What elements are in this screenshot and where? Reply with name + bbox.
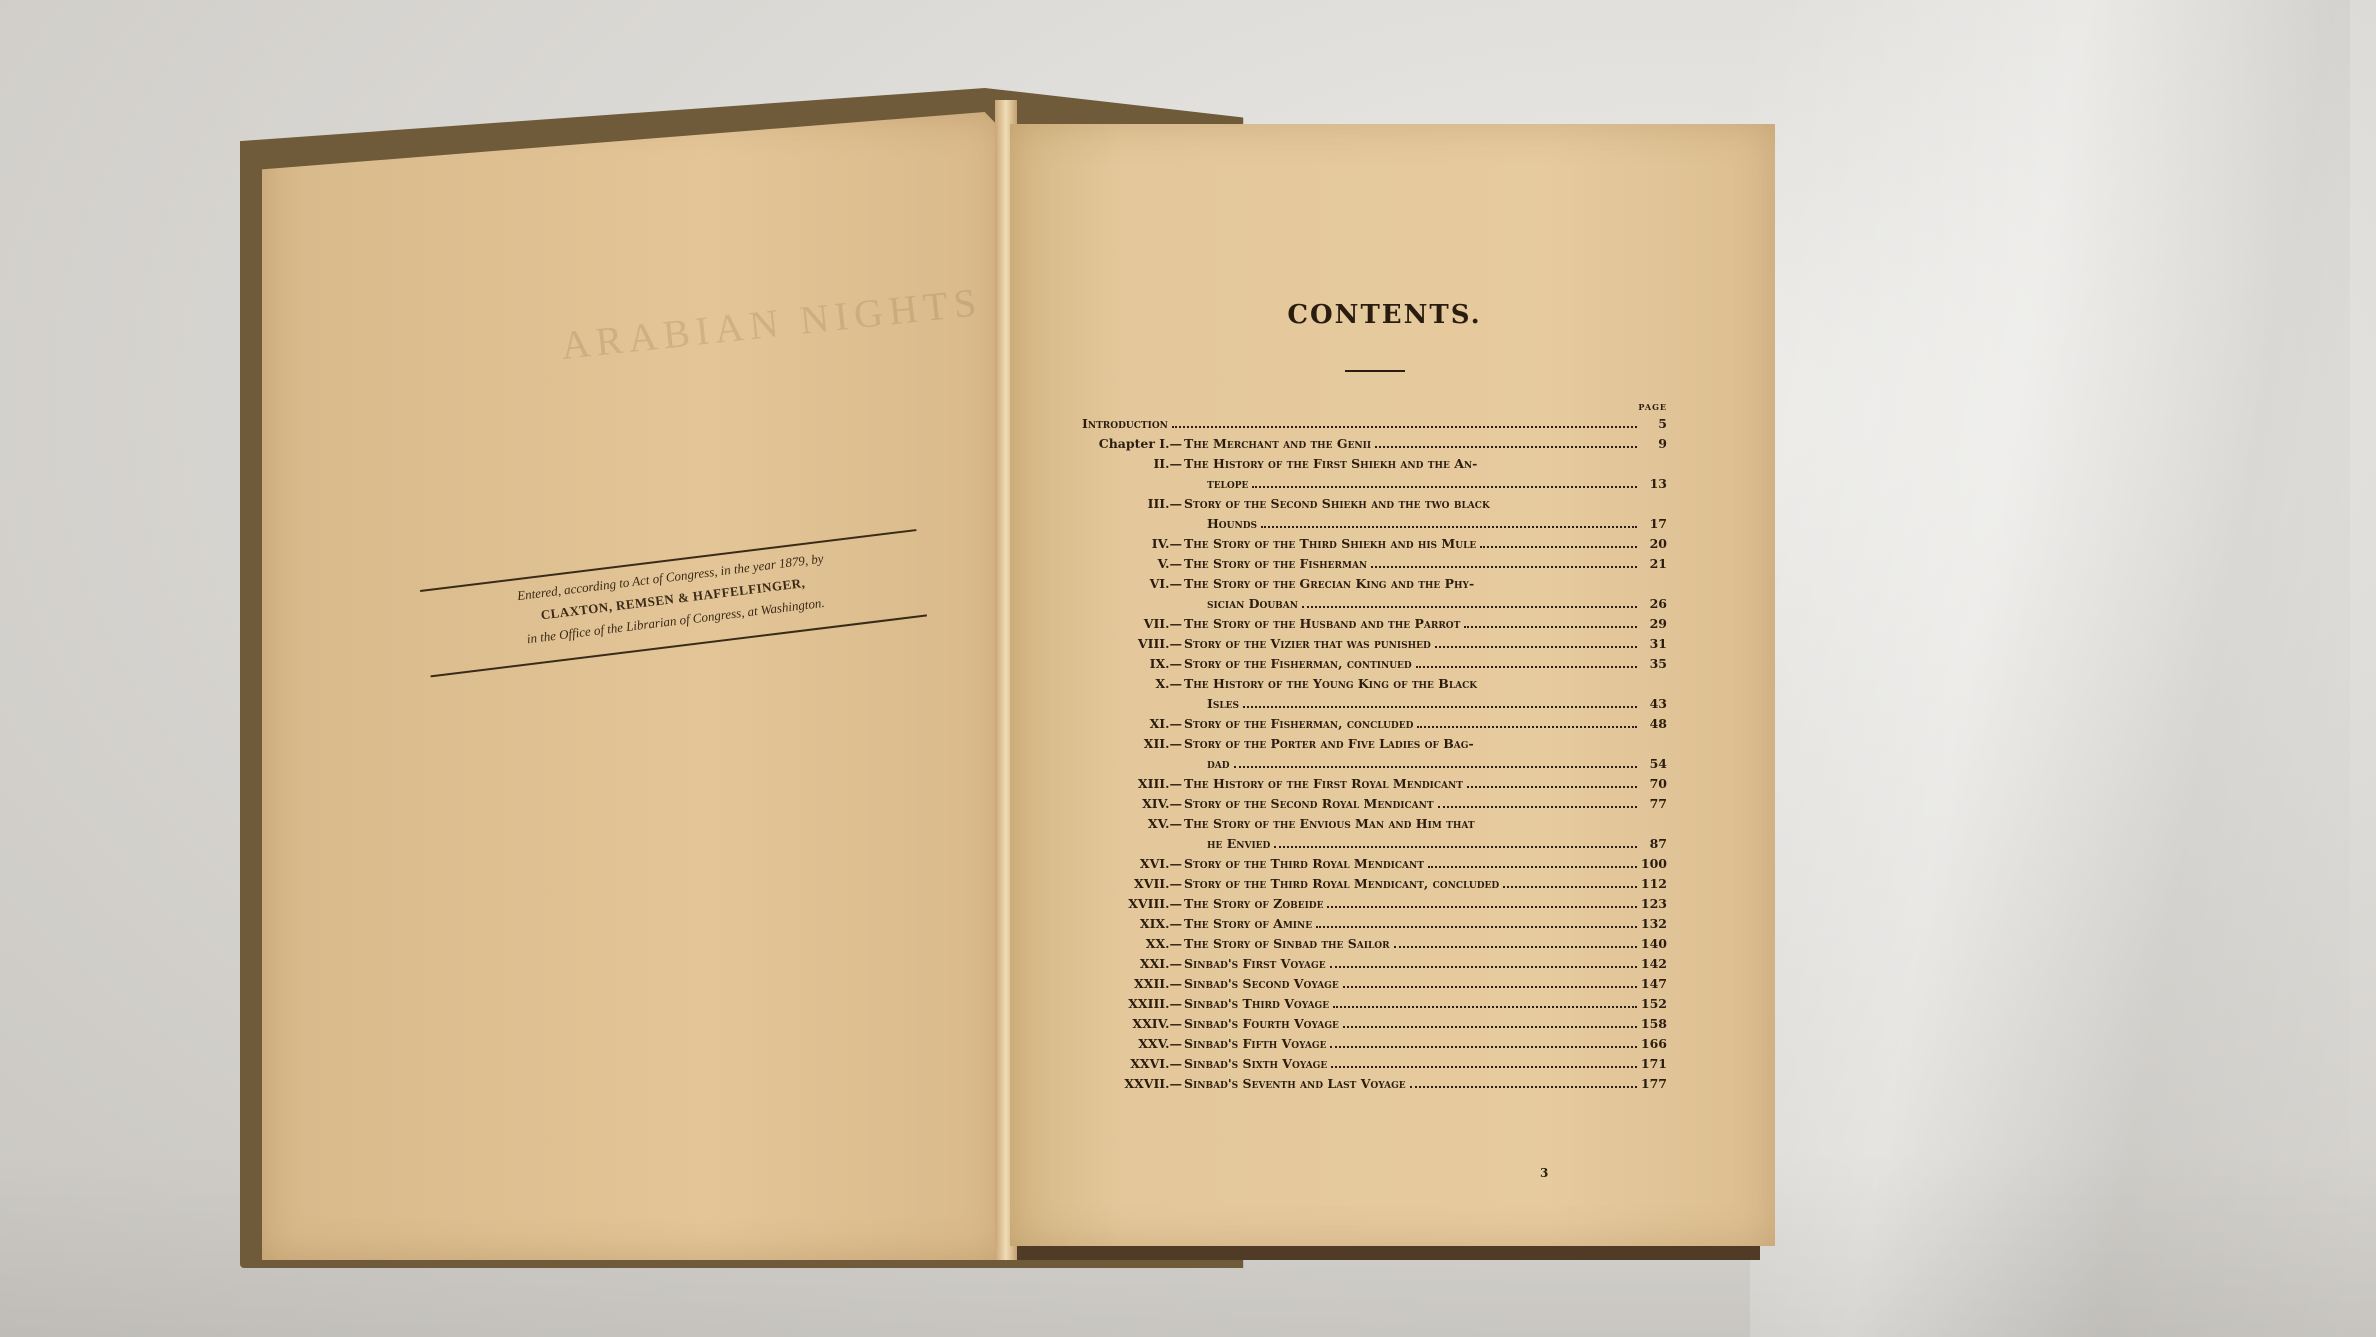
leader-dots — [1243, 706, 1637, 708]
chapter-title: Story of the Porter and Five Ladies of B… — [1184, 734, 1474, 754]
chapter-title: Story of the Second Royal Mendicant — [1184, 794, 1434, 814]
leader-dots — [1331, 1066, 1637, 1068]
page-number: 29 — [1641, 614, 1667, 634]
chapter-number: Chapter I.— — [1082, 434, 1184, 454]
entry-row: VIII.— Story of the Vizier that was puni… — [1082, 634, 1667, 654]
contents-entry: IX.— Story of the Fisherman, continued 3… — [1082, 654, 1667, 674]
contents-title: CONTENTS. — [1102, 300, 1667, 330]
leader-dots — [1330, 1046, 1636, 1048]
contents-entry: XV.— The Story of the Envious Man and Hi… — [1082, 814, 1667, 854]
entry-row: XXVI.— Sinbad's Sixth Voyage 171 — [1082, 1054, 1667, 1074]
contents-entry: XXVII.— Sinbad's Seventh and Last Voyage… — [1082, 1074, 1667, 1094]
entry-row: XVI.— Story of the Third Royal Mendicant… — [1082, 854, 1667, 874]
page-number: 87 — [1641, 834, 1667, 854]
chapter-title: Story of the Second Shiekh and the two b… — [1184, 494, 1490, 514]
entry-row: XVII.— Story of the Third Royal Mendican… — [1082, 874, 1667, 894]
entry-continuation: Isles43 — [1082, 694, 1667, 714]
chapter-title: The Story of the Grecian King and the Ph… — [1184, 574, 1474, 594]
chapter-title: Story of the Third Royal Mendicant, conc… — [1184, 874, 1499, 894]
contents-entry: VII.— The Story of the Husband and the P… — [1082, 614, 1667, 634]
contents-entry: Chapter I.— The Merchant and the Genii 9 — [1082, 434, 1667, 454]
leader-dots — [1464, 626, 1637, 628]
page-number: 48 — [1641, 714, 1667, 734]
page-column-header: PAGE — [1082, 402, 1667, 412]
chapter-title: The History of the First Royal Mendicant — [1184, 774, 1463, 794]
leader-dots — [1252, 486, 1637, 488]
entry-row: III.— Story of the Second Shiekh and the… — [1082, 494, 1667, 514]
contents-entry: XXI.— Sinbad's First Voyage 142 — [1082, 954, 1667, 974]
chapter-number: V.— — [1082, 554, 1184, 574]
leader-dots — [1410, 1086, 1637, 1088]
entry-row: II.— The History of the First Shiekh and… — [1082, 454, 1667, 474]
contents-entry: IV.— The Story of the Third Shiekh and h… — [1082, 534, 1667, 554]
page-number: 132 — [1641, 914, 1667, 934]
page-number: 17 — [1641, 514, 1667, 534]
chapter-number: XVII.— — [1082, 874, 1184, 894]
contents-entry: XVI.— Story of the Third Royal Mendicant… — [1082, 854, 1667, 874]
entry-row: XII.— Story of the Porter and Five Ladie… — [1082, 734, 1667, 754]
entry-row: VII.— The Story of the Husband and the P… — [1082, 614, 1667, 634]
entry-row: XV.— The Story of the Envious Man and Hi… — [1082, 814, 1667, 834]
chapter-number: XIX.— — [1082, 914, 1184, 934]
entry-continuation: telope13 — [1082, 474, 1667, 494]
page-number: 77 — [1641, 794, 1667, 814]
contents-entry: XXIII.— Sinbad's Third Voyage 152 — [1082, 994, 1667, 1014]
contents-entries: Introduction 5 Chapter I.— The Merchant … — [1082, 414, 1667, 1094]
page-number: 158 — [1641, 1014, 1667, 1034]
page-number: 43 — [1641, 694, 1667, 714]
page-number: 140 — [1641, 934, 1667, 954]
leader-dots — [1503, 886, 1637, 888]
entry-row: XX.— The Story of Sinbad the Sailor 140 — [1082, 934, 1667, 954]
contents-entry: II.— The History of the First Shiekh and… — [1082, 454, 1667, 494]
chapter-title: Introduction — [1082, 414, 1168, 434]
chapter-title: The Story of the Fisherman — [1184, 554, 1367, 574]
contents-entry: III.— Story of the Second Shiekh and the… — [1082, 494, 1667, 534]
page-number: 100 — [1641, 854, 1667, 874]
page-number: 21 — [1641, 554, 1667, 574]
chapter-title: Sinbad's Seventh and Last Voyage — [1184, 1074, 1406, 1094]
entry-row: XXIII.— Sinbad's Third Voyage 152 — [1082, 994, 1667, 1014]
entry-row: XXIV.— Sinbad's Fourth Voyage 158 — [1082, 1014, 1667, 1034]
entry-row: X.— The History of the Young King of the… — [1082, 674, 1667, 694]
chapter-title-continued: Isles — [1207, 694, 1239, 714]
leader-dots — [1234, 766, 1637, 768]
chapter-number: X.— — [1082, 674, 1184, 694]
chapter-number: XIV.— — [1082, 794, 1184, 814]
leader-dots — [1343, 986, 1637, 988]
chapter-number: XXII.— — [1082, 974, 1184, 994]
chapter-number: XXVI.— — [1082, 1054, 1184, 1074]
page-number: 26 — [1641, 594, 1667, 614]
leader-dots — [1327, 906, 1636, 908]
page-number: 70 — [1641, 774, 1667, 794]
leader-dots — [1435, 646, 1637, 648]
contents-entry: XIV.— Story of the Second Royal Mendican… — [1082, 794, 1667, 814]
page-number: 166 — [1641, 1034, 1667, 1054]
page-number: 112 — [1641, 874, 1667, 894]
contents-entry: VI.— The Story of the Grecian King and t… — [1082, 574, 1667, 614]
contents-entry: XXIV.— Sinbad's Fourth Voyage 158 — [1082, 1014, 1667, 1034]
contents-entry: XIII.— The History of the First Royal Me… — [1082, 774, 1667, 794]
entry-row: XIX.— The Story of Amine 132 — [1082, 914, 1667, 934]
page-folio: 3 — [1540, 1166, 1548, 1180]
chapter-title: Sinbad's First Voyage — [1184, 954, 1326, 974]
chapter-number: VIII.— — [1082, 634, 1184, 654]
chapter-title: The History of the First Shiekh and the … — [1184, 454, 1477, 474]
chapter-title: The Story of the Husband and the Parrot — [1184, 614, 1460, 634]
chapter-number: XXIII.— — [1082, 994, 1184, 1014]
chapter-number: XXV.— — [1082, 1034, 1184, 1054]
entry-row: XXII.— Sinbad's Second Voyage 147 — [1082, 974, 1667, 994]
cloth-fold — [1750, 0, 2350, 1337]
leader-dots — [1467, 786, 1637, 788]
chapter-title-continued: sician Douban — [1207, 594, 1298, 614]
leader-dots — [1394, 946, 1637, 948]
chapter-title: Sinbad's Third Voyage — [1184, 994, 1329, 1014]
contents-entry: X.— The History of the Young King of the… — [1082, 674, 1667, 714]
page-number: 147 — [1641, 974, 1667, 994]
contents-entry: V.— The Story of the Fisherman 21 — [1082, 554, 1667, 574]
contents-entry: XXV.— Sinbad's Fifth Voyage 166 — [1082, 1034, 1667, 1054]
entry-row: Chapter I.— The Merchant and the Genii 9 — [1082, 434, 1667, 454]
contents-entry: XXVI.— Sinbad's Sixth Voyage 171 — [1082, 1054, 1667, 1074]
leader-dots — [1302, 606, 1637, 608]
chapter-number: XIII.— — [1082, 774, 1184, 794]
chapter-title: The Story of Amine — [1184, 914, 1312, 934]
leader-dots — [1330, 966, 1637, 968]
page-number: 13 — [1641, 474, 1667, 494]
leader-dots — [1333, 1006, 1637, 1008]
chapter-number: XXI.— — [1082, 954, 1184, 974]
chapter-number: IX.— — [1082, 654, 1184, 674]
leader-dots — [1375, 446, 1637, 448]
chapter-title: The Merchant and the Genii — [1184, 434, 1371, 454]
contents-entry: XII.— Story of the Porter and Five Ladie… — [1082, 734, 1667, 774]
chapter-number: XII.— — [1082, 734, 1184, 754]
entry-row: XXVII.— Sinbad's Seventh and Last Voyage… — [1082, 1074, 1667, 1094]
leader-dots — [1274, 846, 1637, 848]
entry-continuation: he Envied87 — [1082, 834, 1667, 854]
chapter-title: Story of the Vizier that was punished — [1184, 634, 1431, 654]
chapter-number: II.— — [1082, 454, 1184, 474]
entry-row: XXV.— Sinbad's Fifth Voyage 166 — [1082, 1034, 1667, 1054]
entry-row: XIII.— The History of the First Royal Me… — [1082, 774, 1667, 794]
chapter-number: XXIV.— — [1082, 1014, 1184, 1034]
chapter-title: The Story of Sinbad the Sailor — [1184, 934, 1390, 954]
chapter-title-continued: telope — [1207, 474, 1248, 494]
chapter-number: III.— — [1082, 494, 1184, 514]
chapter-number: XXVII.— — [1082, 1074, 1184, 1094]
entry-row: XIV.— Story of the Second Royal Mendican… — [1082, 794, 1667, 814]
leader-dots — [1316, 926, 1637, 928]
chapter-title: The History of the Young King of the Bla… — [1184, 674, 1477, 694]
chapter-title: Story of the Fisherman, concluded — [1184, 714, 1413, 734]
chapter-title-continued: Hounds — [1207, 514, 1257, 534]
page-number: 9 — [1641, 434, 1667, 454]
chapter-number: VII.— — [1082, 614, 1184, 634]
leader-dots — [1417, 726, 1637, 728]
contents-entry: VIII.— Story of the Vizier that was puni… — [1082, 634, 1667, 654]
leader-dots — [1438, 806, 1637, 808]
page-number: 123 — [1641, 894, 1667, 914]
chapter-title: Story of the Fisherman, continued — [1184, 654, 1412, 674]
title-rule — [1345, 370, 1405, 372]
leader-dots — [1371, 566, 1637, 568]
contents-entry: XIX.— The Story of Amine 132 — [1082, 914, 1667, 934]
entry-row: XXI.— Sinbad's First Voyage 142 — [1082, 954, 1667, 974]
page-number: 177 — [1641, 1074, 1667, 1094]
entry-row: XVIII.— The Story of Zobeide 123 — [1082, 894, 1667, 914]
entry-continuation: sician Douban26 — [1082, 594, 1667, 614]
entry-row: VI.— The Story of the Grecian King and t… — [1082, 574, 1667, 594]
page-number: 31 — [1641, 634, 1667, 654]
table-of-contents: CONTENTS. PAGE Introduction 5 Chapter I.… — [1082, 300, 1667, 1094]
chapter-title-continued: dad — [1207, 754, 1230, 774]
entry-continuation: Hounds17 — [1082, 514, 1667, 534]
contents-entry: XVIII.— The Story of Zobeide 123 — [1082, 894, 1667, 914]
chapter-title: The Story of the Third Shiekh and his Mu… — [1184, 534, 1476, 554]
photo-scene: ARABIAN NIGHTS Entered, according to Act… — [0, 0, 2376, 1337]
page-number: 20 — [1641, 534, 1667, 554]
chapter-title-continued: he Envied — [1207, 834, 1270, 854]
leader-dots — [1480, 546, 1637, 548]
chapter-title: The Story of Zobeide — [1184, 894, 1323, 914]
chapter-number: XVI.— — [1082, 854, 1184, 874]
page-number: 54 — [1641, 754, 1667, 774]
page-number: 142 — [1641, 954, 1667, 974]
leader-dots — [1428, 866, 1637, 868]
chapter-number: XVIII.— — [1082, 894, 1184, 914]
page-number: 171 — [1641, 1054, 1667, 1074]
entry-row: XI.— Story of the Fisherman, concluded 4… — [1082, 714, 1667, 734]
leader-dots — [1343, 1026, 1637, 1028]
chapter-title: The Story of the Envious Man and Him tha… — [1184, 814, 1475, 834]
entry-row: V.— The Story of the Fisherman 21 — [1082, 554, 1667, 574]
entry-row: Introduction 5 — [1082, 414, 1667, 434]
page-number: 35 — [1641, 654, 1667, 674]
entry-row: IV.— The Story of the Third Shiekh and h… — [1082, 534, 1667, 554]
chapter-title: Story of the Third Royal Mendicant — [1184, 854, 1424, 874]
leader-dots — [1172, 426, 1637, 428]
chapter-number: VI.— — [1082, 574, 1184, 594]
chapter-title: Sinbad's Sixth Voyage — [1184, 1054, 1327, 1074]
contents-entry: XI.— Story of the Fisherman, concluded 4… — [1082, 714, 1667, 734]
chapter-title: Sinbad's Fifth Voyage — [1184, 1034, 1326, 1054]
entry-row: IX.— Story of the Fisherman, continued 3… — [1082, 654, 1667, 674]
leader-dots — [1416, 666, 1637, 668]
chapter-number: XI.— — [1082, 714, 1184, 734]
page-number: 5 — [1641, 414, 1667, 434]
page-number: 152 — [1641, 994, 1667, 1014]
contents-entry: XXII.— Sinbad's Second Voyage 147 — [1082, 974, 1667, 994]
chapter-number: XV.— — [1082, 814, 1184, 834]
chapter-title: Sinbad's Fourth Voyage — [1184, 1014, 1339, 1034]
contents-entry: Introduction 5 — [1082, 414, 1667, 434]
chapter-number: XX.— — [1082, 934, 1184, 954]
entry-continuation: dad54 — [1082, 754, 1667, 774]
contents-entry: XVII.— Story of the Third Royal Mendican… — [1082, 874, 1667, 894]
contents-entry: XX.— The Story of Sinbad the Sailor 140 — [1082, 934, 1667, 954]
leader-dots — [1261, 526, 1637, 528]
chapter-title: Sinbad's Second Voyage — [1184, 974, 1339, 994]
chapter-number: IV.— — [1082, 534, 1184, 554]
